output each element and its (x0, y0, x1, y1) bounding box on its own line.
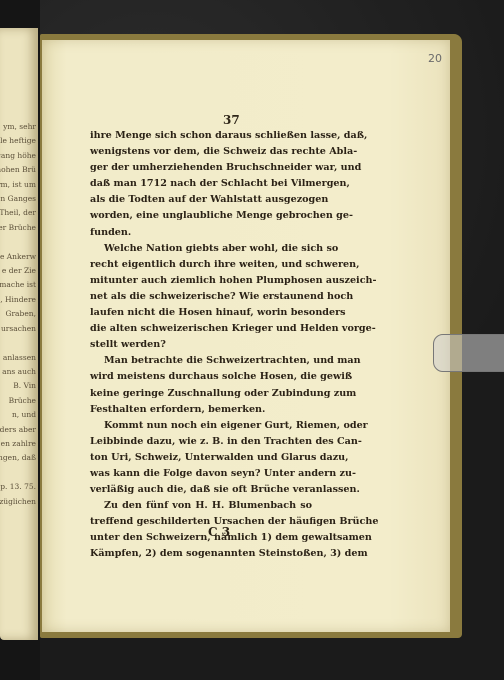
fragment-line: Brüche (0, 394, 36, 408)
text-line: funden. (90, 225, 312, 241)
text-line: verläßig auch die, daß sie oft Brüche ve… (90, 482, 312, 498)
fragment-line: n, und (0, 408, 36, 422)
fragment-line: e der Zie (0, 264, 36, 278)
fragment-line (0, 235, 36, 249)
fragment-line: ans auch (0, 365, 36, 379)
text-line: unter den Schweizern, nämlich 1) dem gew… (90, 530, 312, 546)
fragment-line: hohen Brü (0, 163, 36, 177)
fragment-line: orzüglichen (0, 495, 36, 509)
paragraph: Zu den fünf von H. H. Blumenbach sotreff… (90, 498, 312, 562)
text-line: Festhalten erfordern, bemerken. (90, 402, 312, 418)
fragment-line: er Brüche (0, 221, 36, 235)
text-line: die alten schweizerischen Krieger und He… (90, 321, 312, 337)
page-body-text: ihre Menge sich schon daraus schließen l… (90, 128, 312, 563)
left-page-edge: ym, sehralle heftigegang höhehohen Brüer… (0, 28, 38, 640)
text-line: laufen nicht die Hosen hinauf, worin bes… (90, 305, 312, 321)
fragment-line: B. Vin (0, 379, 36, 393)
text-line: was kann die Folge davon seyn? Unter and… (90, 466, 312, 482)
text-line: wenigstens vor dem, die Schweiz das rech… (90, 144, 312, 160)
paragraph: Kommt nun noch ein eigener Gurt, Riemen,… (90, 418, 312, 498)
text-line: net als die schweizerische? Wie erstaune… (90, 289, 312, 305)
text-line: Kämpfen, 2) dem sogenannten Steinstoßen,… (90, 546, 312, 562)
fragment-line: e Ankerw (0, 250, 36, 264)
fragment-line: alle heftige (0, 134, 36, 148)
fragment-line: Graben, (0, 307, 36, 321)
text-line: stellt werden? (90, 337, 312, 353)
text-line: recht eigentlich durch ihre weiten, und … (90, 257, 312, 273)
text-line: Welche Nation giebts aber wohl, die sich… (90, 241, 312, 257)
fragment-line: ders aber (0, 423, 36, 437)
fragment-line: rmache ist (0, 278, 36, 292)
text-line: ihre Menge sich schon daraus schließen l… (90, 128, 312, 144)
page-number: 37 (223, 113, 240, 127)
fragment-line: gang höhe (0, 149, 36, 163)
fragment-line: , Hindere (0, 293, 36, 307)
text-line: Zu den fünf von H. H. Blumenbach so (90, 498, 312, 514)
text-line: als die Todten auf der Wahlstatt ausgezo… (90, 192, 312, 208)
fragment-line (0, 466, 36, 480)
text-line: treffend geschilderten Ursachen der häuf… (90, 514, 312, 530)
fragment-line: ym, sehr (0, 120, 36, 134)
paragraph: Man betrachte die Schweizertrachten, und… (90, 353, 312, 417)
bookmark-tab (433, 334, 504, 372)
text-line: worden, eine unglaubliche Menge gebroche… (90, 208, 312, 224)
fragment-line: p. 13. 75. (0, 480, 36, 494)
text-line: wird meistens durchaus solche Hosen, die… (90, 369, 312, 385)
fragment-line: en zahlre (0, 437, 36, 451)
text-line: ger der umherziehenden Bruchschneider wa… (90, 160, 312, 176)
text-line: mitunter auch ziemlich hohen Plumphosen … (90, 273, 312, 289)
left-page-text-fragments: ym, sehralle heftigegang höhehohen Brüer… (0, 120, 36, 509)
paragraph: Welche Nation giebts aber wohl, die sich… (90, 241, 312, 354)
fragment-line: erm, ist um (0, 178, 36, 192)
archive-folio-number: 20 (428, 52, 442, 65)
fragment-line: en Ganges (0, 192, 36, 206)
paragraph: ihre Menge sich schon daraus schließen l… (90, 128, 312, 241)
text-line: Man betrachte die Schweizertrachten, und… (90, 353, 312, 369)
fragment-line: ursachen (0, 322, 36, 336)
fragment-line: ngen, daß (0, 451, 36, 465)
text-line: Leibbinde dazu, wie z. B. in den Trachte… (90, 434, 312, 450)
text-line: keine geringe Zuschnallung oder Zubindun… (90, 386, 312, 402)
fragment-line: anlassen (0, 351, 36, 365)
text-line: Kommt nun noch ein eigener Gurt, Riemen,… (90, 418, 312, 434)
fragment-line: Theil, der (0, 206, 36, 220)
fragment-line (0, 336, 36, 350)
text-line: daß man 1712 nach der Schlacht bei Vilme… (90, 176, 312, 192)
signature-mark: C 3 (208, 525, 230, 539)
text-line: ton Uri, Schweiz, Unterwalden und Glarus… (90, 450, 312, 466)
